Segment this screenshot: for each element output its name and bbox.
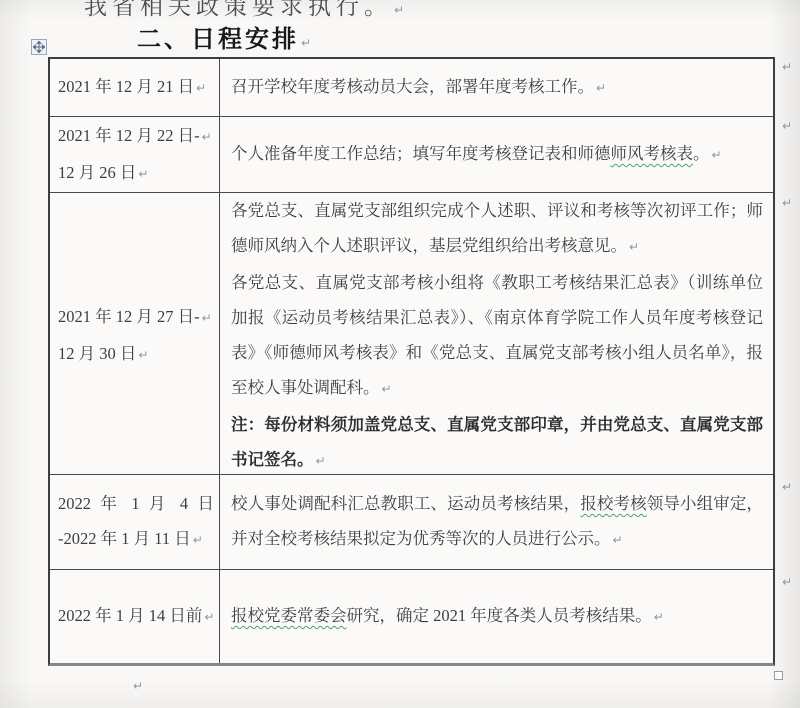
date-cell[interactable]: 2021 年 12 月 22 日-↵ 12 月 26 日↵ <box>50 117 220 192</box>
table-row: 2021 年 12 月 27 日-↵ 12 月 30 日↵ 各党总支、直属党支部… <box>50 193 773 475</box>
end-of-row-mark: ↵ <box>782 480 792 494</box>
table-row: 2022 年 1 月 4 日 -2022 年 1 月 11 日↵ 校人事处调配科… <box>50 475 773 570</box>
date-line: -2022 年 1 月 11 日↵ <box>58 521 214 558</box>
table-resize-handle[interactable] <box>774 671 783 680</box>
paragraph-text: 个人准备年度工作总结；填写年度考核登记表和师德 <box>231 144 611 163</box>
paragraph-mark: ↵ <box>202 311 212 325</box>
date-text: 2022 年 1 月 14 日前 <box>58 606 202 625</box>
content-cell[interactable]: 校人事处调配科汇总教职工、运动员考核结果，报校考核领导小组审定，并对全校考核结果… <box>220 475 773 569</box>
table-row: 2021 年 12 月 22 日-↵ 12 月 26 日↵ 个人准备年度工作总结… <box>50 117 773 193</box>
paragraph-mark: ↵ <box>596 81 606 95</box>
content-cell[interactable]: 报校党委常委会研究，确定 2021 年度各类人员考核结果。↵ <box>220 570 773 663</box>
paragraph-text: 校人事处调配科汇总教职工、运动员考核结果， <box>231 494 580 513</box>
paragraph-text: 研究，确定 2021 年度各类人员考核结果。 <box>347 606 652 625</box>
end-of-row-mark: ↵ <box>782 119 792 133</box>
date-line: 2022 年 1 月 14 日前↵ <box>58 598 214 635</box>
paragraph-mark: ↵ <box>204 610 214 624</box>
date-text: 2021 年 12 月 21 日 <box>58 77 194 96</box>
paragraph-text: 各党总支、直属党支部组织完成个人述职、评议和考核等次初评工作；师德师风纳入个人述… <box>231 201 763 255</box>
table-row: 2021 年 12 月 21 日↵ 召开学校年度考核动员大会，部署年度考核工作。… <box>50 59 773 117</box>
paragraph-mark: ↵ <box>394 3 404 17</box>
date-line: 12 月 26 日↵ <box>58 155 214 192</box>
note-bold-text: 注：每份材料须加盖党总支、直属党支部印章，并由党总支、直属党支部书记签名。 <box>231 415 763 469</box>
note-paragraph: 注：每份材料须加盖党总支、直属党支部印章，并由党总支、直属党支部书记签名。↵ <box>231 407 763 479</box>
paragraph-mark: ↵ <box>133 679 143 693</box>
date-line: 2021 年 12 月 21 日↵ <box>58 69 214 106</box>
spellcheck-squiggle-text: 师风考核表 <box>611 144 694 163</box>
date-line: 2022 年 1 月 4 日 <box>58 486 214 521</box>
content-cell[interactable]: 召开学校年度考核动员大会，部署年度考核工作。↵ <box>220 59 773 116</box>
spellcheck-squiggle-text: 报校考核 <box>580 494 647 513</box>
paragraph-mark: ↵ <box>712 148 722 162</box>
paragraph: 个人准备年度工作总结；填写年度考核登记表和师德师风考核表。↵ <box>231 136 763 173</box>
date-cell[interactable]: 2021 年 12 月 27 日-↵ 12 月 30 日↵ <box>50 193 220 479</box>
paragraph: 报校党委常委会研究，确定 2021 年度各类人员考核结果。↵ <box>231 598 763 635</box>
paragraph-mark: ↵ <box>382 382 392 396</box>
section-heading-text: 二、日程安排 <box>137 26 299 53</box>
document-page: 我省相关政策要求执行。↵ 二、日程安排↵ 2021 年 12 月 21 日↵ 召… <box>0 0 800 708</box>
content-cell[interactable]: 各党总支、直属党支部组织完成个人述职、评议和考核等次初评工作；师德师风纳入个人述… <box>220 193 773 479</box>
date-cell[interactable]: 2022 年 1 月 14 日前↵ <box>50 570 220 663</box>
date-cell[interactable]: 2021 年 12 月 21 日↵ <box>50 59 220 116</box>
paragraph-mark: ↵ <box>202 130 212 144</box>
top-partial-text: 我省相关政策要求执行。 <box>84 0 392 19</box>
table-move-handle-icon[interactable] <box>31 39 47 55</box>
paragraph-mark: ↵ <box>138 167 148 181</box>
schedule-table: 2021 年 12 月 21 日↵ 召开学校年度考核动员大会，部署年度考核工作。… <box>48 57 775 666</box>
date-text: -2022 年 1 月 11 日 <box>58 529 191 548</box>
paragraph: 召开学校年度考核动员大会，部署年度考核工作。↵ <box>231 69 763 106</box>
date-line: 2021 年 12 月 27 日-↵ <box>58 299 214 336</box>
content-cell[interactable]: 个人准备年度工作总结；填写年度考核登记表和师德师风考核表。↵ <box>220 117 773 192</box>
end-of-row-mark: ↵ <box>782 60 792 74</box>
date-text: 2021 年 12 月 27 日- <box>58 307 200 326</box>
date-text: 12 月 30 日 <box>58 344 136 363</box>
date-line: 2021 年 12 月 22 日-↵ <box>58 118 214 155</box>
paragraph-mark: ↵ <box>301 36 311 50</box>
four-way-arrow-icon <box>33 41 45 53</box>
end-of-row-mark: ↵ <box>782 196 792 210</box>
top-partial-line: 我省相关政策要求执行。↵ <box>84 0 404 21</box>
date-text: 2021 年 12 月 22 日- <box>58 126 200 145</box>
paragraph-mark: ↵ <box>654 610 664 624</box>
paragraph-mark: ↵ <box>196 81 206 95</box>
date-text: 12 月 26 日 <box>58 163 136 182</box>
date-text: 2022 年 1 月 4 日 <box>58 494 214 513</box>
paragraph-mark: ↵ <box>316 454 326 468</box>
paragraph: 校人事处调配科汇总教职工、运动员考核结果，报校考核领导小组审定，并对全校考核结果… <box>231 486 763 558</box>
paragraph-mark: ↵ <box>193 533 203 547</box>
paragraph-mark: ↵ <box>138 348 148 362</box>
date-line: 12 月 30 日↵ <box>58 336 214 373</box>
paragraph-mark: ↵ <box>613 533 623 547</box>
spellcheck-squiggle-text: 报校党委常委会 <box>231 606 347 625</box>
date-cell[interactable]: 2022 年 1 月 4 日 -2022 年 1 月 11 日↵ <box>50 475 220 569</box>
table-row: 2022 年 1 月 14 日前↵ 报校党委常委会研究，确定 2021 年度各类… <box>50 570 773 663</box>
paragraph-text: 召开学校年度考核动员大会，部署年度考核工作。 <box>231 77 594 96</box>
paragraph: 各党总支、直属党支部组织完成个人述职、评议和考核等次初评工作；师德师风纳入个人述… <box>231 193 763 265</box>
paragraph: 各党总支、直属党支部考核小组将《教职工考核结果汇总表》（训练单位加报《运动员考核… <box>231 265 763 407</box>
paragraph-mark: ↵ <box>629 240 639 254</box>
paragraph-text: 。 <box>693 144 710 163</box>
end-of-row-mark: ↵ <box>782 575 792 589</box>
paragraph-text: 各党总支、直属党支部考核小组将《教职工考核结果汇总表》（训练单位加报《运动员考核… <box>231 273 763 397</box>
section-heading: 二、日程安排↵ <box>137 19 311 54</box>
